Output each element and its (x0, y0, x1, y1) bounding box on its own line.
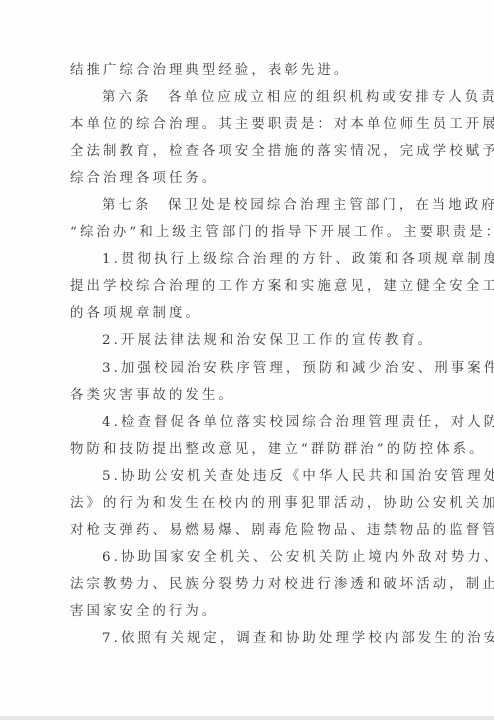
text-line: 的各项规章制度。 (70, 300, 438, 327)
document-page: 结推广综合治理典型经验，表彰先进。 第六条 各单位应成立相应的组织机构或安排专人… (0, 0, 494, 716)
text-line: 物防和技防提出整改意见，建立“群防群治”的防控体系。 (70, 436, 438, 463)
list-item-2: 2.开展法律法规和治安保卫工作的宣传教育。 (70, 327, 438, 354)
text-line: 综合治理各项任务。 (70, 165, 438, 192)
list-item-3: 3.加强校园治安秩序管理，预防和减少治安、刑事案件和 (70, 355, 438, 382)
text-line: 结推广综合治理典型经验，表彰先进。 (70, 57, 438, 84)
list-item-7: 7.依照有关规定，调查和协助处理学校内部发生的治安纠 (70, 625, 438, 652)
text-line: 提出学校综合治理的工作方案和实施意见，建立健全安全工作 (70, 273, 438, 300)
document-body: 结推广综合治理典型经验，表彰先进。 第六条 各单位应成立相应的组织机构或安排专人… (70, 57, 438, 652)
list-item-4: 4.检查督促各单位落实校园综合治理管理责任，对人防、 (70, 409, 438, 436)
text-line: 法宗教势力、民族分裂势力对校进行渗透和破坏活动，制止危 (70, 571, 438, 598)
page-bottom-edge (0, 716, 494, 720)
list-item-1: 1.贯彻执行上级综合治理的方针、政策和各项规章制度， (70, 246, 438, 273)
text-line: 本单位的综合治理。其主要职责是：对本单位师生员工开展安 (70, 111, 438, 138)
article-6-heading-line: 第六条 各单位应成立相应的组织机构或安排专人负责 (70, 84, 438, 111)
text-line: 害国家安全的行为。 (70, 598, 438, 625)
text-line: 全法制教育，检查各项安全措施的落实情况，完成学校赋予的 (70, 138, 438, 165)
text-line: “综治办”和上级主管部门的指导下开展工作。主要职责是： (70, 219, 438, 246)
list-item-5: 5.协助公安机关查处违反《中华人民共和国治安管理处罚 (70, 463, 438, 490)
article-7-heading-line: 第七条 保卫处是校园综合治理主管部门，在当地政府 (70, 192, 438, 219)
text-line: 各类灾害事故的发生。 (70, 382, 438, 409)
list-item-6: 6.协助国家安全机关、公安机关防止境内外敌对势力、非 (70, 544, 438, 571)
text-line: 对枪支弹药、易燃易爆、剧毒危险物品、违禁物品的监督管理。 (70, 517, 438, 544)
text-line: 法》的行为和发生在校内的刑事犯罪活动，协助公安机关加强 (70, 490, 438, 517)
